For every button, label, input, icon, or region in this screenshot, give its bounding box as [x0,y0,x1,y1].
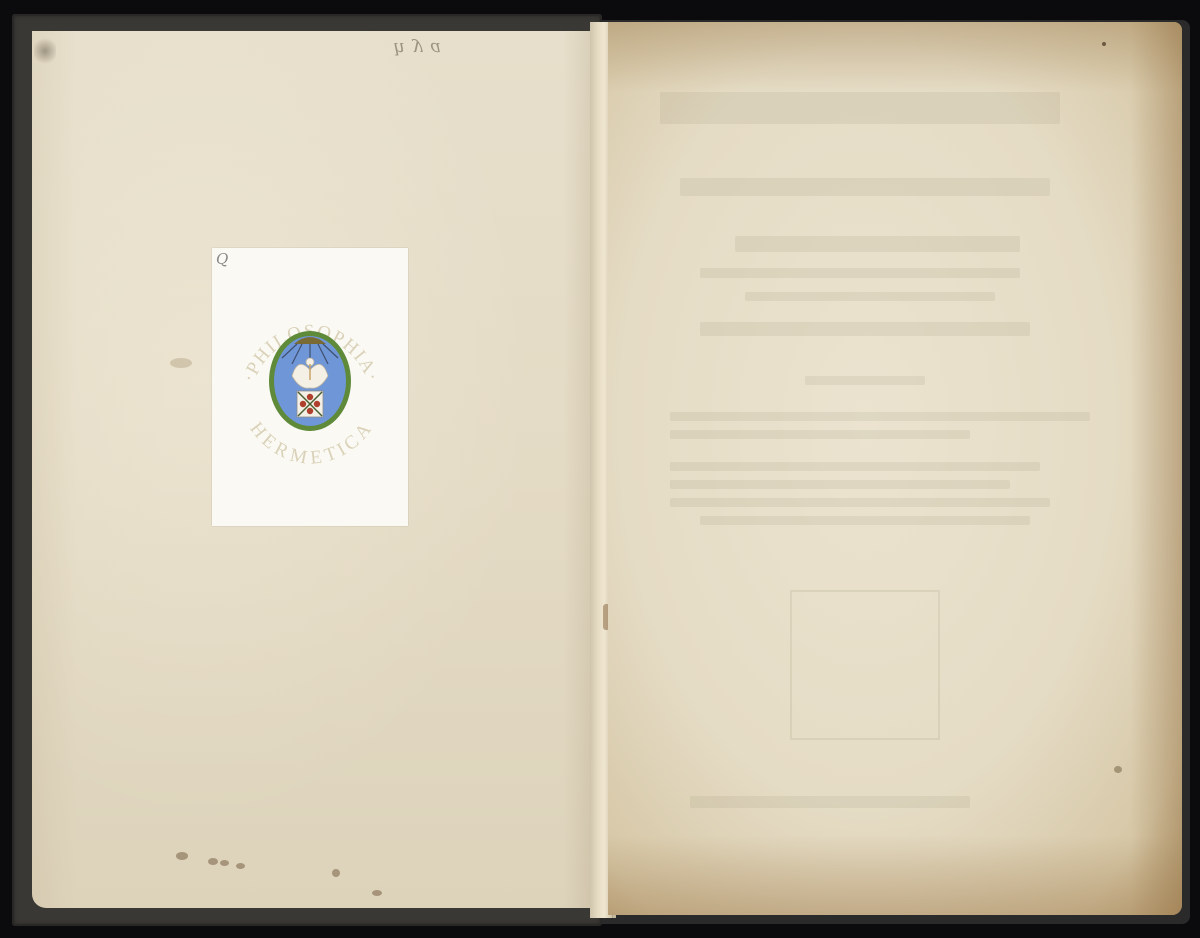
bleed-through-line [660,92,1060,124]
stain [1102,42,1106,46]
bleed-through-line [670,480,1010,489]
stain [372,890,382,896]
bleed-through-line [700,516,1030,525]
bleed-through-line [670,498,1050,507]
bleed-through-line [670,430,970,439]
bleed-through-line [690,796,970,808]
bleed-through-line [805,376,925,385]
stain [220,860,229,866]
stain [208,858,218,865]
bleed-through-line [670,462,1040,471]
bleed-through-line [745,292,995,301]
shield-icon [297,391,323,417]
bleed-through-line [700,322,1030,336]
bleed-through-line [680,178,1050,196]
stain [236,863,245,869]
printers-device-bleed-through [790,590,940,740]
bleed-through-line [735,236,1020,252]
bleed-through-line [700,268,1020,278]
stain [176,852,188,860]
bookplate-emblem: ·PHILOSOPHIA· HERMETICA [212,248,408,526]
bleed-through-line [670,412,1090,421]
stain [1114,766,1122,773]
corner-wear-mark [34,36,56,66]
stain [332,869,340,877]
handwriting-bleed-through: ɐ ʎ ɥ [392,36,441,57]
page-edge-tanning [1130,22,1182,915]
stain [170,358,192,368]
